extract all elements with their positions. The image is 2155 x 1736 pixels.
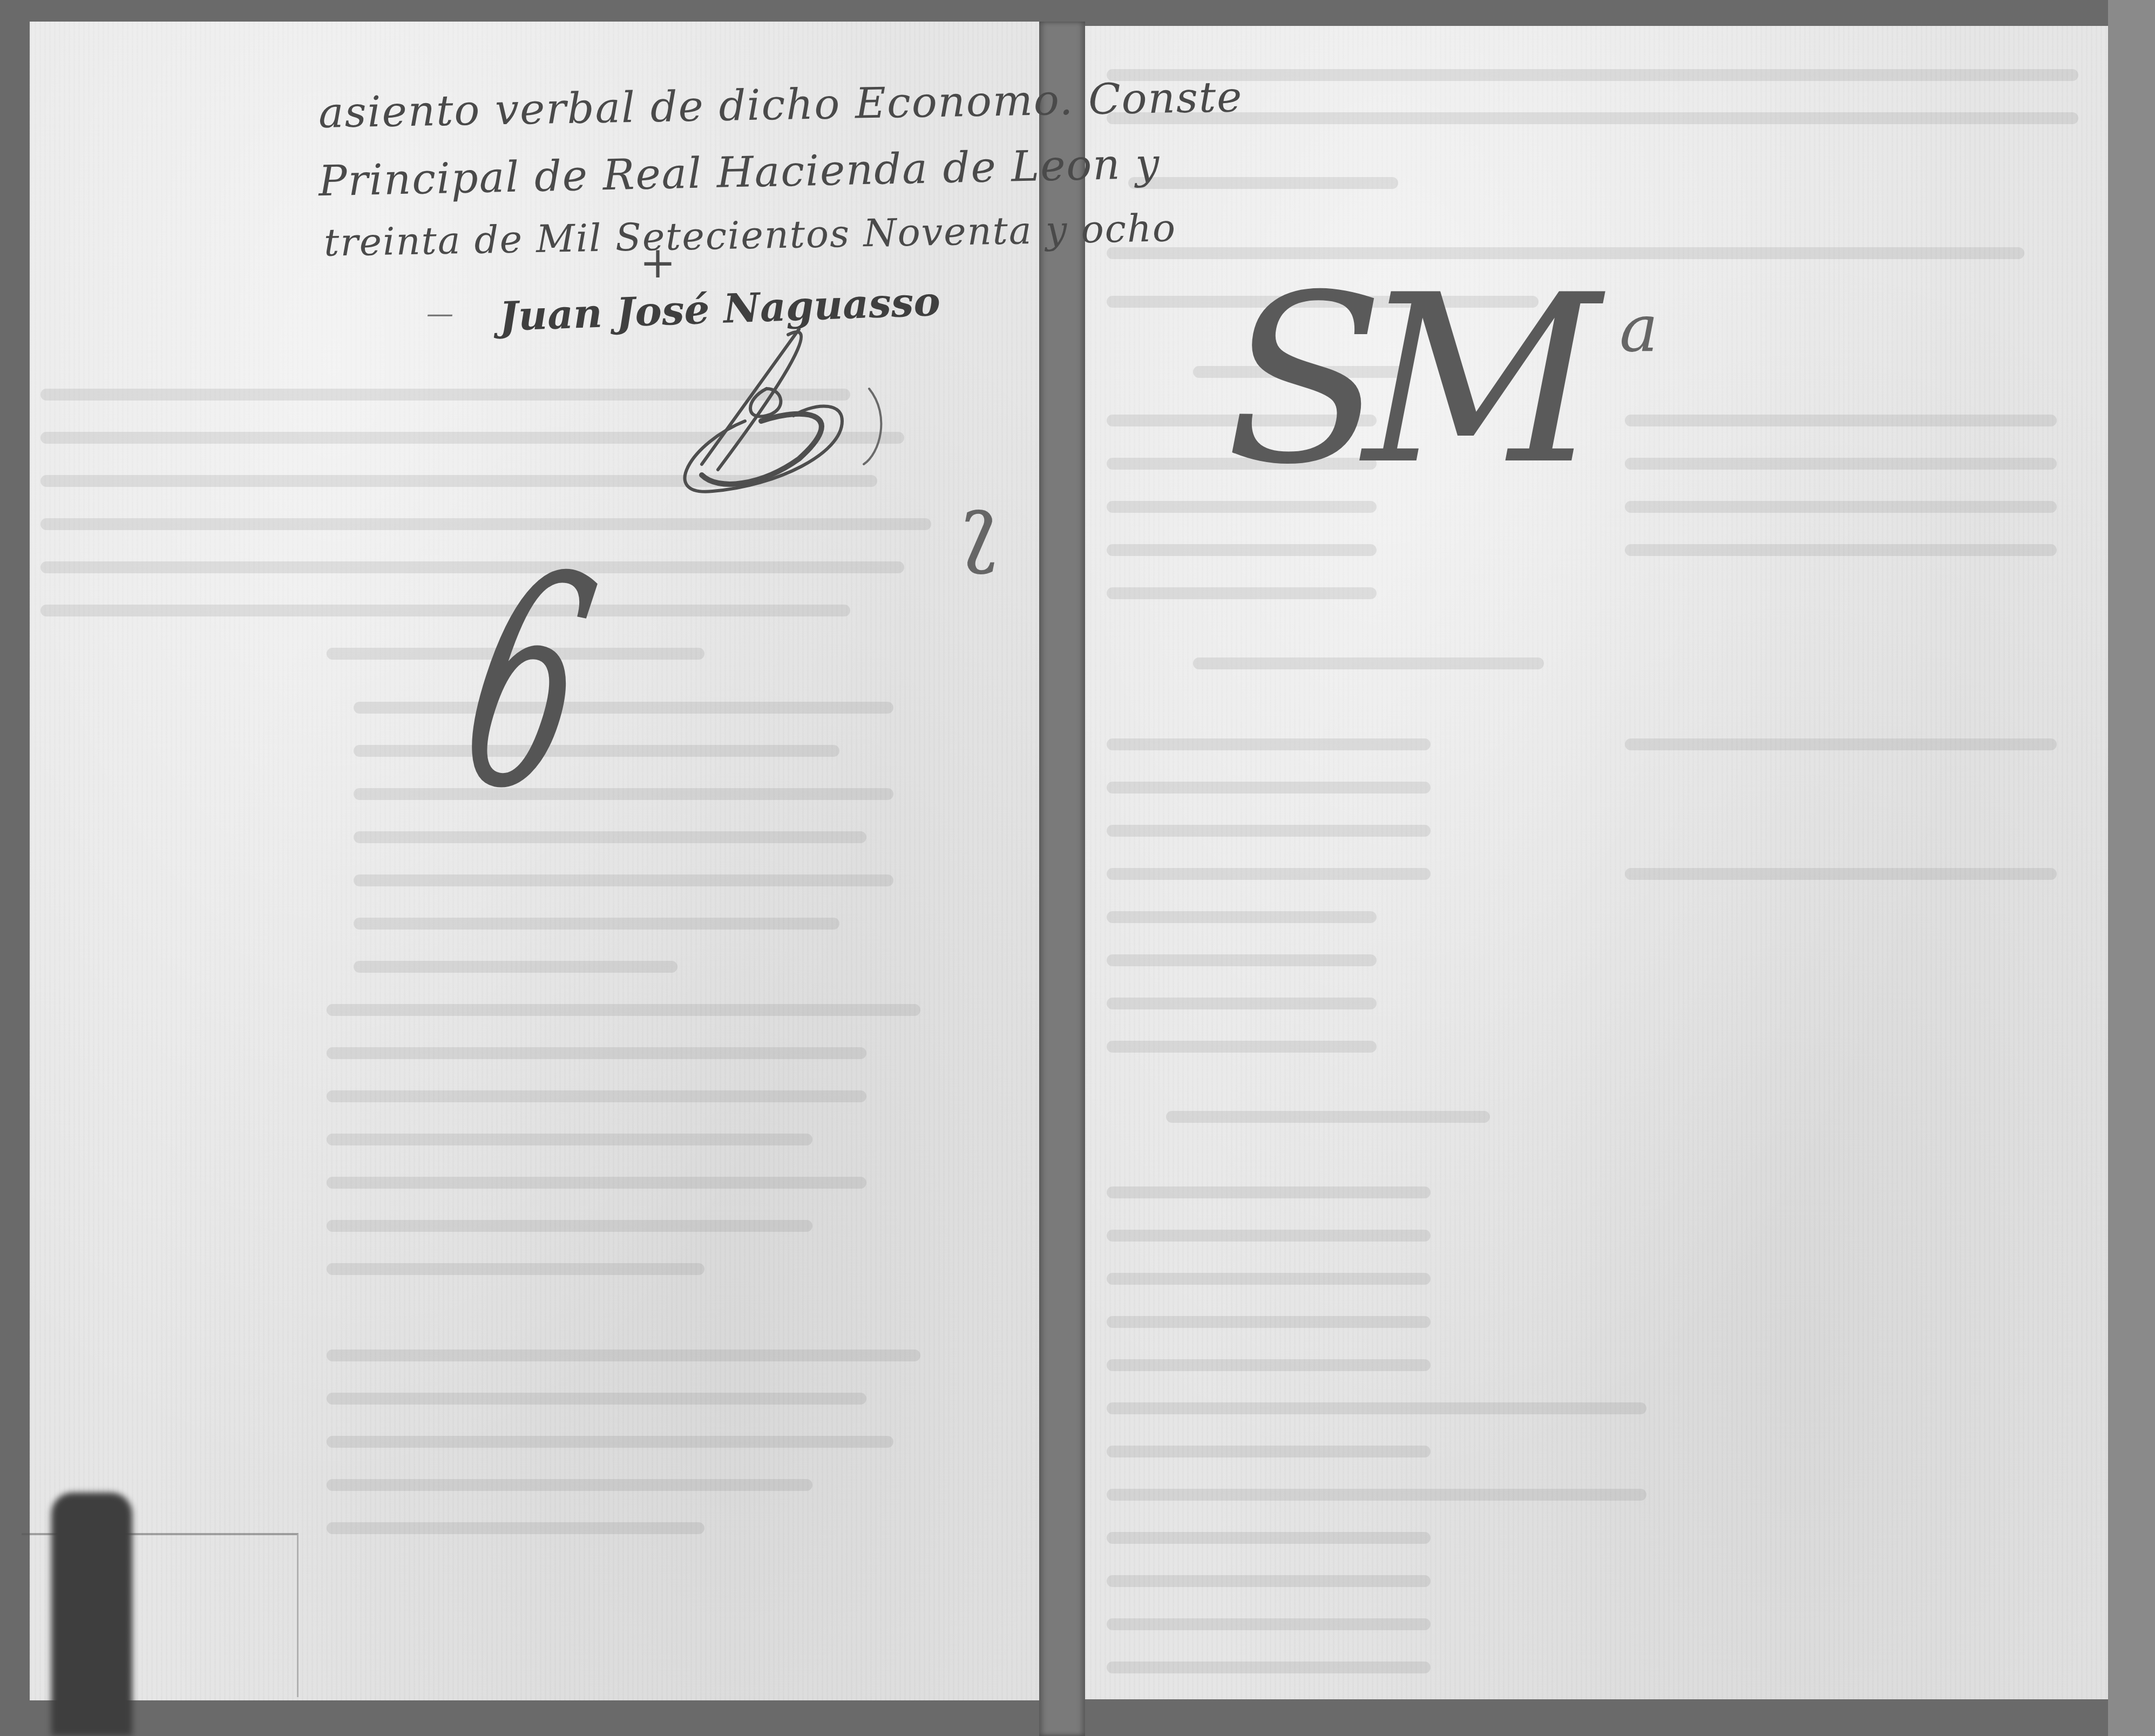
cross-mark: + [640,238,676,288]
gutter-margin-mark: ʅ [958,475,1000,576]
thumb-shadow [51,1493,132,1736]
monogram: SM [1225,265,1579,497]
book-gutter [1039,22,1085,1736]
signature-dash: — [426,298,453,329]
rubric-flourish-icon [637,324,939,502]
monogram-superscript: a [1619,291,1658,367]
scan-right-border [2108,0,2155,1736]
